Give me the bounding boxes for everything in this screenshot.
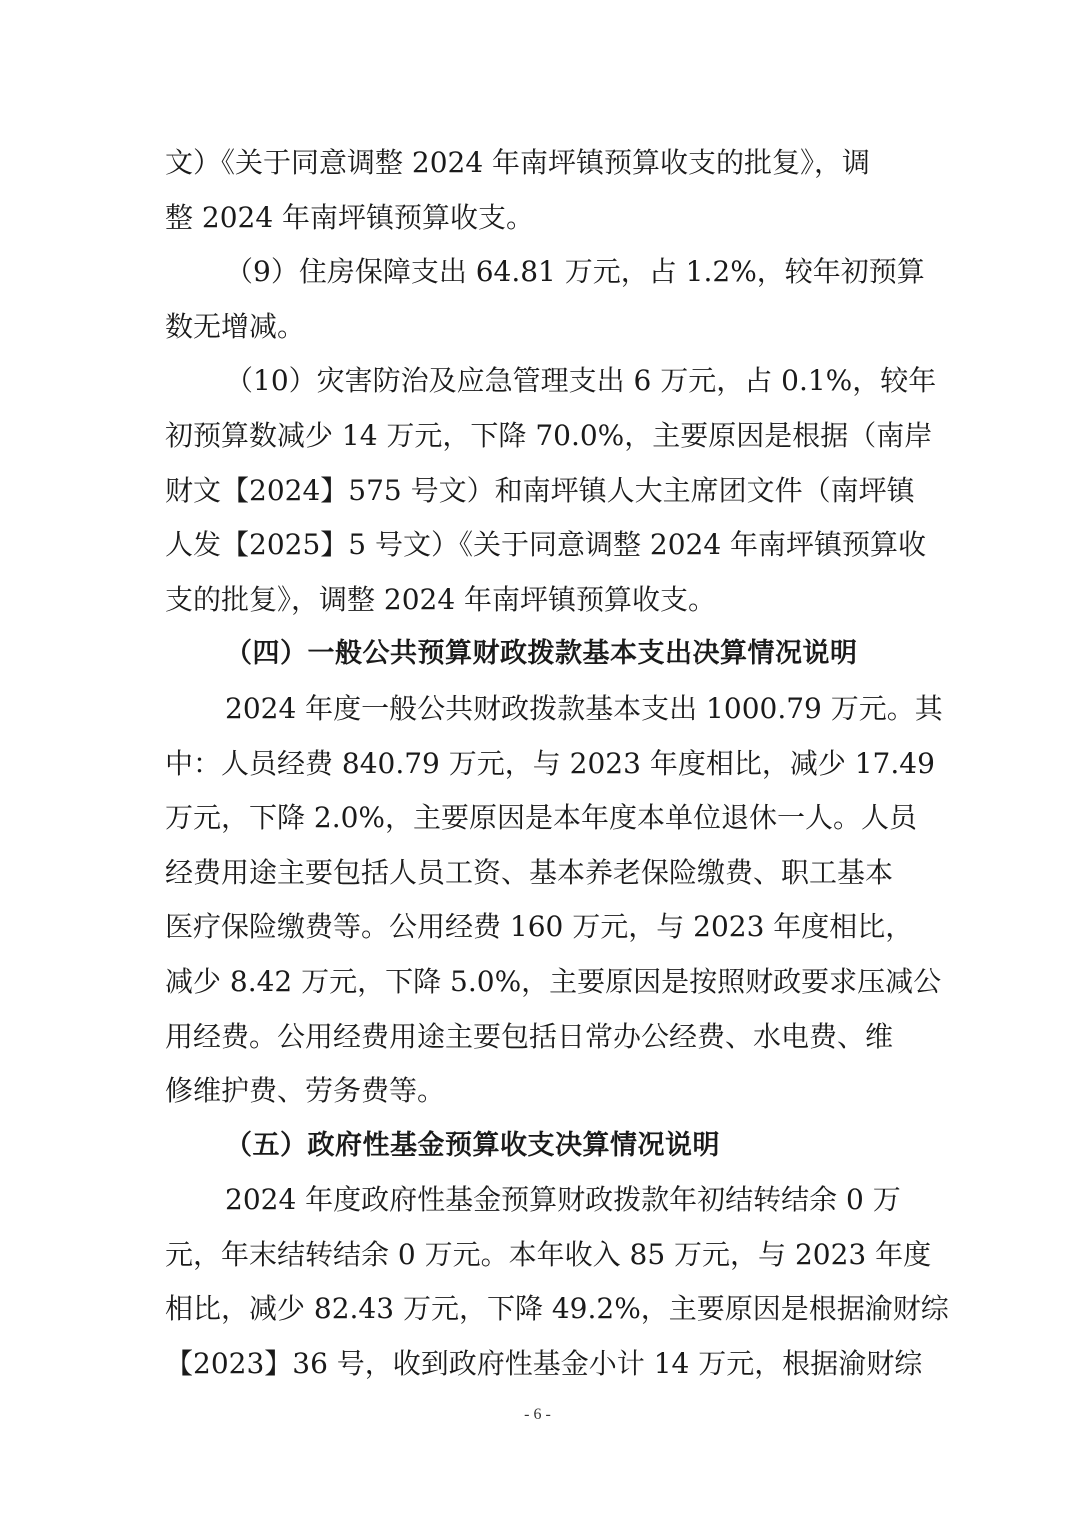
- text-line: 人发【2025】5 号文）《关于同意调整 2024 年南坪镇预算收: [165, 518, 913, 573]
- paragraph-basic-expenditure: 2024 年度一般公共财政拨款基本支出 1000.79 万元。其 中：人员经费 …: [165, 682, 913, 1119]
- text-line: 2024 年度政府性基金预算财政拨款年初结转结余 0 万: [165, 1173, 913, 1228]
- text-line: 用经费。公用经费用途主要包括日常办公经费、水电费、维: [165, 1010, 913, 1065]
- paragraph-government-fund: 2024 年度政府性基金预算财政拨款年初结转结余 0 万 元，年末结转结余 0 …: [165, 1173, 913, 1391]
- text-line: 整 2024 年南坪镇预算收支。: [165, 191, 913, 246]
- text-line: 医疗保险缴费等。公用经费 160 万元，与 2023 年度相比，: [165, 900, 913, 955]
- text-line: 2024 年度一般公共财政拨款基本支出 1000.79 万元。其: [165, 682, 913, 737]
- text-line: 经费用途主要包括人员工资、基本养老保险缴费、职工基本: [165, 846, 913, 901]
- text-line: 元，年末结转结余 0 万元。本年收入 85 万元，与 2023 年度: [165, 1228, 913, 1283]
- text-line: 中：人员经费 840.79 万元，与 2023 年度相比，减少 17.49: [165, 737, 913, 792]
- text-line: 文）《关于同意调整 2024 年南坪镇预算收支的批复》，调: [165, 136, 913, 191]
- text-line: 数无增减。: [165, 300, 913, 355]
- text-line: 减少 8.42 万元，下降 5.0%，主要原因是按照财政要求压减公: [165, 955, 913, 1010]
- text-line: 支的批复》，调整 2024 年南坪镇预算收支。: [165, 573, 913, 628]
- text-line: （9）住房保障支出 64.81 万元，占 1.2%，较年初预算: [165, 245, 913, 300]
- text-line: 初预算数减少 14 万元，下降 70.0%，主要原因是根据（南岸: [165, 409, 913, 464]
- text-line: 相比，减少 82.43 万元，下降 49.2%，主要原因是根据渝财综: [165, 1282, 913, 1337]
- text-line: 财文【2024】575 号文）和南坪镇人大主席团文件（南坪镇: [165, 464, 913, 519]
- text-line: 【2023】36 号，收到政府性基金小计 14 万元，根据渝财综: [165, 1337, 913, 1392]
- paragraph-continuation: 文）《关于同意调整 2024 年南坪镇预算收支的批复》，调 整 2024 年南坪…: [165, 136, 913, 245]
- page-number: - 6 -: [0, 1406, 1075, 1424]
- text-line: 万元，下降 2.0%，主要原因是本年度本单位退休一人。人员: [165, 791, 913, 846]
- section-heading-4: （四）一般公共预算财政拨款基本支出决算情况说明: [165, 627, 913, 682]
- document-page: 文）《关于同意调整 2024 年南坪镇预算收支的批复》，调 整 2024 年南坪…: [165, 136, 913, 1392]
- text-line: 修维护费、劳务费等。: [165, 1064, 913, 1119]
- paragraph-housing-expenditure: （9）住房保障支出 64.81 万元，占 1.2%，较年初预算 数无增减。: [165, 245, 913, 354]
- paragraph-disaster-expenditure: （10）灾害防治及应急管理支出 6 万元，占 0.1%，较年 初预算数减少 14…: [165, 354, 913, 627]
- section-heading-5: （五）政府性基金预算收支决算情况说明: [165, 1119, 913, 1174]
- text-line: （10）灾害防治及应急管理支出 6 万元，占 0.1%，较年: [165, 354, 913, 409]
